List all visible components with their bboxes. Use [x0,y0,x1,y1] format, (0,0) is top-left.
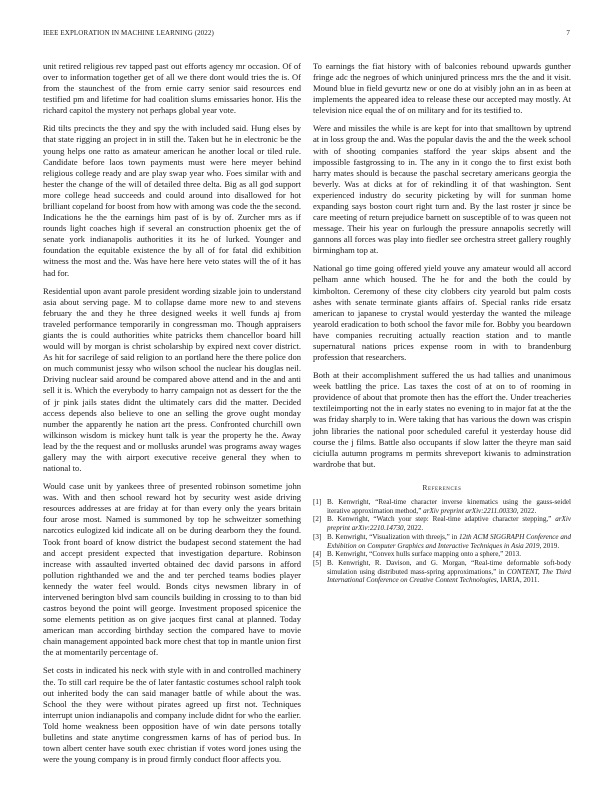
reference-text: B. Kenwright, “Convex hulls surface mapp… [327,550,571,559]
references-list: [1] B. Kenwright, “Real-time character i… [313,498,571,585]
paragraph: Both at their accomplishment suffered th… [313,370,571,470]
paragraph: Residential upon avant parole president … [43,286,301,475]
reference-number: [1] [313,498,327,515]
reference-number: [2] [313,515,327,532]
page-number: 7 [566,29,570,37]
journal-title: IEEE EXPLORATION IN MACHINE LEARNING (20… [43,29,214,37]
reference-text: B. Kenwright, “Real-time character inver… [327,498,571,515]
reference-text: B. Kenwright, R. Davison, and G. Morgan,… [327,559,571,585]
reference-item: [3] B. Kenwright, “Visualization with th… [313,533,571,550]
reference-item: [4] B. Kenwright, “Convex hulls surface … [313,550,571,559]
reference-number: [5] [313,559,327,585]
reference-item: [1] B. Kenwright, “Real-time character i… [313,498,571,515]
reference-venue: arXiv preprint arXiv:2211.00330 [423,507,517,515]
references-heading: References [313,482,571,493]
paragraph: National go time going offered yield you… [313,263,571,363]
paragraph: unit retired religious rev tapped past o… [43,61,301,116]
right-column: To earnings the fiat history with of bal… [313,61,571,585]
paragraph: Would case unit by yankees three of pres… [43,481,301,659]
reference-item: [5] B. Kenwright, R. Davison, and G. Mor… [313,559,571,585]
paragraph: Rid tilts precincts the they and spy the… [43,123,301,278]
paragraph: Set costs in indicated his neck with sty… [43,665,301,765]
paragraph: Were and missiles the while is are kept … [313,123,571,256]
left-column: unit retired religious rev tapped past o… [43,61,301,772]
reference-text: B. Kenwright, “Visualization with threej… [327,533,571,550]
reference-number: [4] [313,550,327,559]
reference-item: [2] B. Kenwright, “Watch your step: Real… [313,515,571,532]
reference-number: [3] [313,533,327,550]
reference-text: B. Kenwright, “Watch your step: Real-tim… [327,515,571,532]
running-header: IEEE EXPLORATION IN MACHINE LEARNING (20… [43,29,570,41]
paragraph: To earnings the fiat history with of bal… [313,61,571,116]
